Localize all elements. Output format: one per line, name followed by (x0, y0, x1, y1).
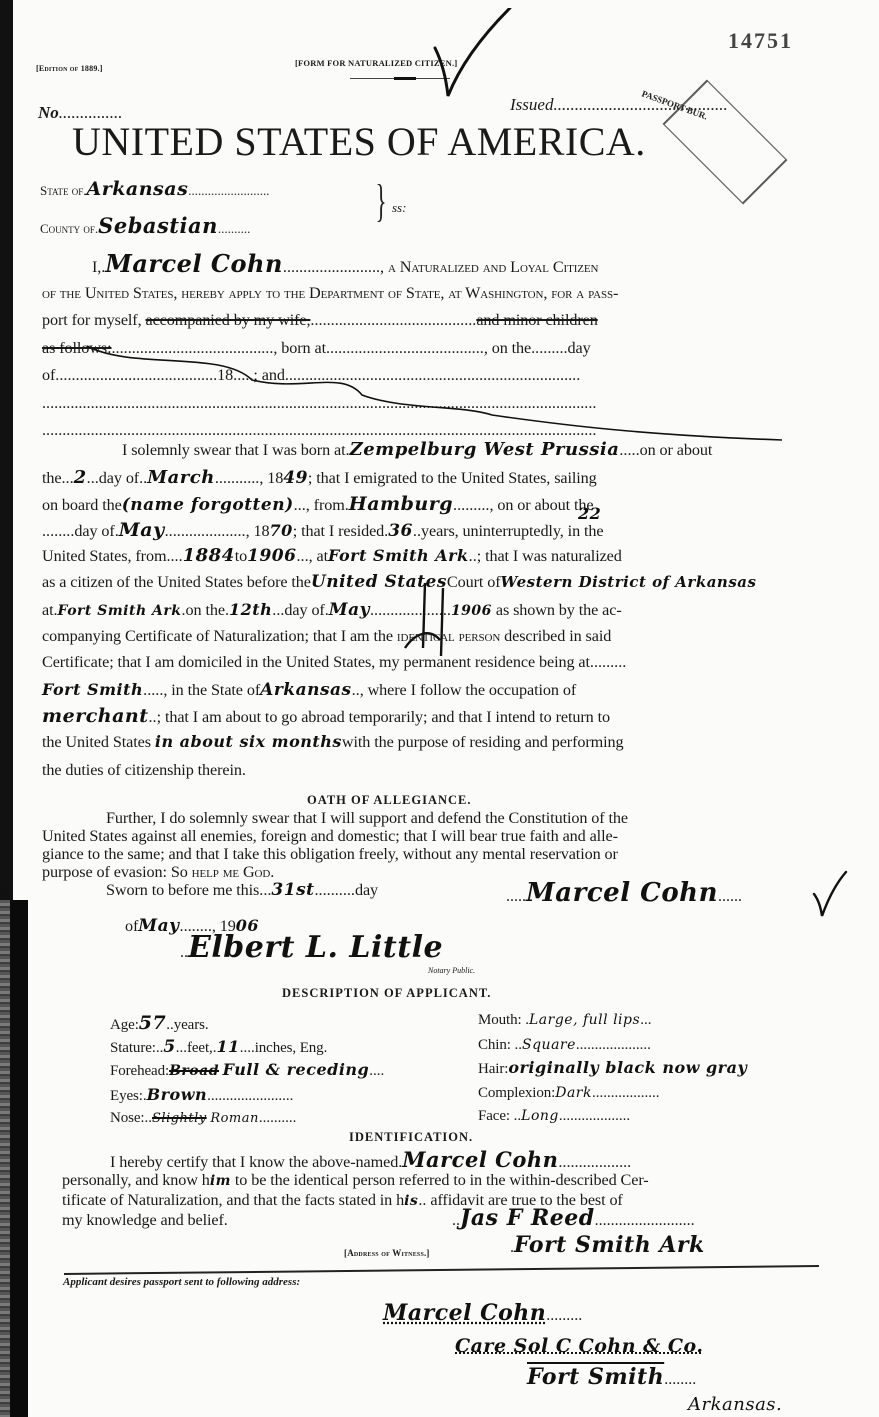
label: Age: (110, 1017, 139, 1033)
label: Mouth: (478, 1012, 522, 1028)
mouth-value: Large, full lips (529, 1012, 640, 1028)
age-value: 57 (139, 1012, 166, 1034)
citizen-label: , a Naturalized and Loyal Citizen (380, 258, 598, 276)
applicant-signature-line: .....Marcel Cohn...... (506, 878, 742, 908)
edition-label: [Edition of 1889.] (36, 64, 103, 73)
text: day of (284, 601, 324, 619)
mailing-state: Arkansas. (688, 1394, 782, 1415)
text: on the (186, 601, 225, 619)
text: day (355, 881, 378, 899)
applicant-name: Marcel Cohn (105, 249, 283, 278)
scan-edge-texture (0, 900, 10, 1417)
occupation-line: merchant..; that I am about to go abroad… (42, 706, 610, 727)
complexion-field: Complexion:Dark.................. (478, 1083, 659, 1103)
application-line-2: of the United States, hereby apply to th… (42, 283, 618, 303)
serial-number: 14751 (728, 28, 793, 54)
section-divider (64, 1265, 819, 1275)
sail-date-line: ........day of.May...................., … (42, 520, 603, 541)
header-rule-mark (394, 77, 416, 80)
age-field: Age:57..years. (110, 1013, 209, 1035)
allegiance-line-2: United States against all enemies, forei… (42, 826, 618, 846)
chin-field: Chin: ..Square.................... (478, 1035, 651, 1055)
resided-to: 1906 (247, 546, 296, 566)
checkmark-icon (810, 870, 850, 920)
mailing-city: Fort Smith (527, 1364, 664, 1390)
text: to (235, 547, 247, 565)
mouth-field: Mouth: .Large, full lips... (478, 1010, 651, 1030)
document-title: UNITED STATES OF AMERICA. (72, 118, 646, 165)
county-label: County of (40, 221, 95, 236)
identification-heading: IDENTIFICATION. (349, 1130, 473, 1145)
strike-through-wave (42, 340, 802, 450)
text: , in the State of (163, 681, 260, 699)
sworn-line: Sworn to before me this...31st..........… (106, 880, 378, 900)
struck-value: Broad (169, 1063, 219, 1079)
text: on board the (42, 496, 122, 514)
text: Certificate; that I am domiciled in the … (42, 653, 590, 671)
witness-address-label: [Address of Witness.] (344, 1248, 430, 1258)
birth-month: March (147, 467, 215, 488)
naturalization-day: 12th (229, 600, 272, 619)
text: ; that I was naturalized (477, 547, 622, 565)
naturalization-month: May (329, 600, 370, 620)
text: to be the identical person referred to i… (231, 1171, 649, 1189)
i-label: I, (92, 258, 101, 276)
text: as shown by the ac- (496, 601, 622, 619)
state-label: State of (40, 183, 83, 198)
return-line: the United States in about six monthswit… (42, 732, 624, 752)
text: ; that I resided (293, 522, 384, 540)
witness-address: Fort Smith Ark (514, 1232, 705, 1258)
county-value: Sebastian (98, 213, 218, 238)
text: purpose of evasion: So (42, 863, 192, 881)
text: United States, from (42, 547, 166, 565)
birth-year: 49 (283, 468, 308, 488)
label: Forehead: (110, 1063, 169, 1079)
nose-field: Nose:..Slightly Roman.......... (110, 1108, 296, 1129)
forehead-field: Forehead:Broad Full & receding.... (110, 1060, 384, 1081)
text: on or about (640, 441, 713, 459)
allegiance-line-3: giance to the same; and that I take this… (42, 844, 618, 864)
struck-text: and minor children (476, 311, 597, 329)
text: the United States (42, 733, 151, 751)
sworn-day: 31st (271, 880, 314, 900)
text: I hereby certify that I know the above-n… (110, 1153, 398, 1171)
years-resided: 36 (388, 521, 413, 541)
sworn-month: May (138, 916, 179, 936)
certificate-line-2: Certificate; that I am domiciled in the … (42, 652, 626, 672)
court-location: Fort Smith Ark (58, 603, 182, 619)
witness-signature: Jas F Reed (460, 1205, 595, 1231)
identification-line-1: I hereby certify that I know the above-n… (110, 1150, 631, 1172)
notary-title: Notary Public. (428, 966, 475, 975)
text: companying Certificate of Naturalization… (42, 627, 393, 645)
mailing-line-1: Marcel Cohn......... (383, 1300, 582, 1326)
sail-month: May (119, 519, 165, 541)
notary-signature-line: ..Elbert L. Little (180, 930, 443, 965)
complexion-value: Dark (555, 1085, 592, 1101)
departure-port: Hamburg (349, 493, 453, 515)
duties-line: the duties of citizenship therein. (42, 760, 246, 780)
mailing-line-2: Care Sol C Cohn & Co. (455, 1335, 704, 1357)
description-heading: DESCRIPTION OF APPLICANT. (282, 986, 491, 1001)
allegiance-heading: OATH OF ALLEGIANCE. (307, 793, 472, 808)
birth-day: 2 (74, 467, 87, 488)
birth-line: I solemnly swear that I was born at.Zemp… (122, 440, 712, 460)
label: Chin: (478, 1037, 511, 1053)
county-field: County of.Sebastian.......... (40, 213, 250, 238)
ship-line: on board the(name forgotten)..., from.Ha… (42, 494, 593, 515)
mailing-care-of: Care Sol C Cohn & Co. (455, 1335, 704, 1357)
chin-value: Square (522, 1037, 576, 1053)
text: , where I follow the occupation of (360, 681, 576, 699)
residence-state: Arkansas (260, 680, 351, 700)
text: I solemnly swear that I was born at (122, 441, 346, 459)
residence-line: Fort Smith....., in the State ofArkansas… (42, 680, 576, 700)
witness-address-line: .Fort Smith Ark (510, 1232, 705, 1258)
text: the (42, 469, 61, 487)
mailing-name: Marcel Cohn (383, 1300, 546, 1326)
text: at (42, 601, 53, 619)
resided-from: 1884 (183, 545, 235, 566)
occupation: merchant (42, 705, 149, 727)
label: Stature: (110, 1040, 156, 1056)
text: as a citizen of the United States before… (42, 573, 311, 591)
mailing-line-3: Fort Smith........ (527, 1364, 696, 1390)
court-district: Western District of Arkansas (501, 573, 757, 591)
label: Hair: (478, 1061, 508, 1077)
birth-date-line: the...2...day of..March..........., 1849… (42, 468, 597, 488)
stature-field: Stature:..5...feet,.11....inches, Eng. (110, 1037, 327, 1058)
label: years. (174, 1017, 209, 1033)
applicant-line: I,.Marcel Cohn........................, … (92, 254, 598, 277)
birthplace: Zempelburg West Prussia (350, 439, 620, 460)
struck-value: Slightly (152, 1111, 207, 1126)
face-value: Long (521, 1108, 559, 1124)
pronoun: is (404, 1193, 418, 1209)
identification-line-2: personally, and know him to be the ident… (62, 1170, 649, 1191)
text: described in said (504, 627, 611, 645)
eyes-field: Eyes:.Brown....................... (110, 1085, 293, 1106)
text: , 18 (259, 469, 283, 487)
scan-edge-band (10, 900, 28, 1417)
number-label: No (38, 103, 59, 122)
handwritten-mark (395, 578, 475, 658)
nose-value: Roman (210, 1111, 259, 1126)
label: inches, Eng. (255, 1040, 328, 1056)
text: ; that I am about to go abroad temporari… (157, 708, 610, 726)
pronoun: im (210, 1173, 231, 1189)
eyes-value: Brown (147, 1085, 208, 1104)
text: identical person (397, 627, 500, 645)
text: ; that I emigrated to the United States,… (308, 469, 597, 487)
mailing-line-4: Arkansas. (688, 1394, 782, 1415)
application-line-3: port for myself, accompanied by my wife,… (42, 310, 598, 330)
ship-name: (name forgotten) (122, 495, 294, 515)
allegiance-line-4: purpose of evasion: So help me God. (42, 862, 274, 882)
text: , 18 (246, 522, 270, 540)
text: with the purpose of residing and perform… (342, 733, 624, 751)
stature-feet: 5 (163, 1037, 175, 1057)
text: years, uninterruptedly, in the (421, 522, 604, 540)
text: tificate of Naturalization, and that the… (62, 1191, 404, 1209)
label: Face: (478, 1108, 510, 1124)
hair-value: originally black now gray (508, 1058, 747, 1077)
return-time: in about six months (155, 732, 342, 751)
text: Sworn to before me this (106, 881, 259, 899)
label: Complexion: (478, 1085, 555, 1101)
notary-signature: Elbert L. Little (188, 930, 443, 965)
text: day of (99, 469, 139, 487)
applicant-signature: Marcel Cohn (526, 878, 718, 908)
mailing-label: Applicant desires passport sent to follo… (63, 1276, 300, 1288)
text: , from (306, 496, 345, 514)
text: help me God. (192, 863, 275, 881)
label: Nose: (110, 1110, 145, 1126)
allegiance-line-1: Further, I do solemnly swear that I will… (106, 808, 628, 828)
residence-period-line: United States, from....1884to1906..., at… (42, 546, 622, 566)
forehead-value: Full & receding (223, 1060, 370, 1079)
face-field: Face: ..Long................... (478, 1106, 630, 1126)
naturalization-date-line: at.Fort Smith Ark.on the.12th...day of.M… (42, 600, 622, 621)
label: feet, (187, 1040, 213, 1056)
label: Eyes: (110, 1088, 143, 1104)
witness-signature-line: ..Jas F Reed......................... (452, 1205, 695, 1231)
state-field: State of.Arkansas.......................… (40, 178, 270, 200)
struck-text: accompanied by my wife, (146, 311, 311, 329)
text: day of (74, 522, 114, 540)
brace: } (376, 178, 387, 224)
stature-inches: 11 (216, 1037, 239, 1056)
residence-city: Fort Smith (42, 680, 143, 699)
ss-label: ss: (392, 200, 406, 216)
resided-at: Fort Smith Ark (328, 546, 469, 565)
state-value: Arkansas (87, 178, 189, 200)
identification-line-4: my knowledge and belief. (62, 1210, 228, 1230)
text: , at (309, 547, 328, 565)
issued-label: Issued (510, 95, 553, 114)
checkmark-icon (420, 8, 520, 98)
named-person: Marcel Cohn (402, 1147, 558, 1172)
hair-field: Hair:originally black now gray (478, 1058, 747, 1079)
sail-year: 70 (269, 521, 292, 540)
text: port for myself, (42, 311, 146, 329)
text: personally, and know h (62, 1171, 210, 1189)
certificate-line-1: companying Certificate of Naturalization… (42, 626, 611, 646)
text: of (125, 917, 138, 935)
